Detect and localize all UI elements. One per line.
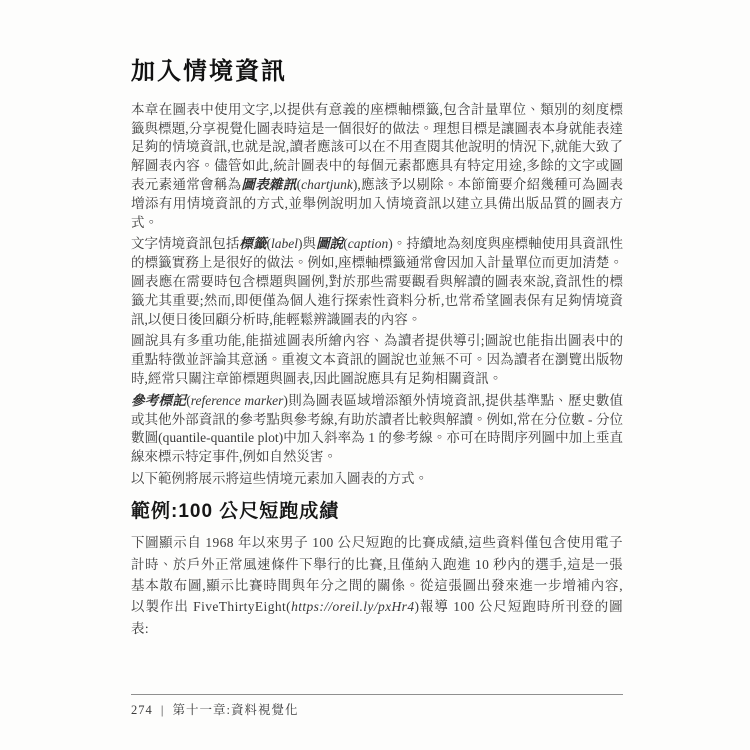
- page-footer: 274 | 第十一章:資料視覺化: [131, 694, 623, 718]
- section-title: 範例:100 公尺短跑成績: [131, 500, 623, 524]
- term-label-zh: 標籤: [239, 236, 266, 251]
- reference-marker-paragraph: 參考標記(reference marker)則為圖表區域增添額外情境資訊,提供基…: [131, 392, 623, 467]
- text-run: 以下範例將展示將這些情境元素加入圖表的方式。: [131, 471, 428, 486]
- link-url: https://oreil.ly/pxHr4: [291, 599, 414, 614]
- term-reference-marker-en: reference marker: [191, 393, 284, 408]
- labels-captions-paragraph: 文字情境資訊包括標籤(label)與圖說(caption)。持續地為刻度與座標軸…: [131, 235, 623, 329]
- caption-functions-paragraph: 圖說具有多重功能,能描述圖表所繪內容、為讀者提供導引;圖說也能指出圖表中的重點特…: [131, 332, 623, 388]
- text-run: 圖說具有多重功能,能描述圖表所繪內容、為讀者提供導引;圖說也能指出圖表中的重點特…: [131, 333, 623, 386]
- term-caption-en: caption: [348, 236, 389, 251]
- term-caption-zh: 圖說: [316, 236, 343, 251]
- document-body: 加入情境資訊本章在圖表中使用文字,以提供有意義的座標軸標籤,包含計量單位、類別的…: [131, 58, 623, 642]
- sprint-example-paragraph: 下圖顯示自 1968 年以來男子 100 公尺短跑的比賽成績,這些資料僅包含使用…: [131, 532, 623, 638]
- book-page: 加入情境資訊本章在圖表中使用文字,以提供有意義的座標軸標籤,包含計量單位、類別的…: [0, 0, 750, 750]
- page-title: 加入情境資訊: [131, 58, 623, 87]
- lead-in-paragraph: 以下範例將展示將這些情境元素加入圖表的方式。: [131, 470, 623, 489]
- term-label-en: label: [271, 236, 298, 251]
- term-chartjunk-en: chartjunk: [301, 177, 353, 192]
- term-reference-marker-zh: 參考標記: [131, 393, 186, 408]
- term-chartjunk-zh: 圖表雜訊: [241, 177, 296, 192]
- chapter-title: 第十一章:資料視覺化: [173, 703, 299, 717]
- text-run: )與: [298, 236, 316, 251]
- footer-separator: |: [161, 703, 165, 717]
- intro-paragraph-1: 本章在圖表中使用文字,以提供有意義的座標軸標籤,包含計量單位、類別的刻度標籤與標…: [131, 101, 623, 233]
- page-number: 274: [131, 703, 153, 717]
- text-run: 文字情境資訊包括: [131, 236, 239, 251]
